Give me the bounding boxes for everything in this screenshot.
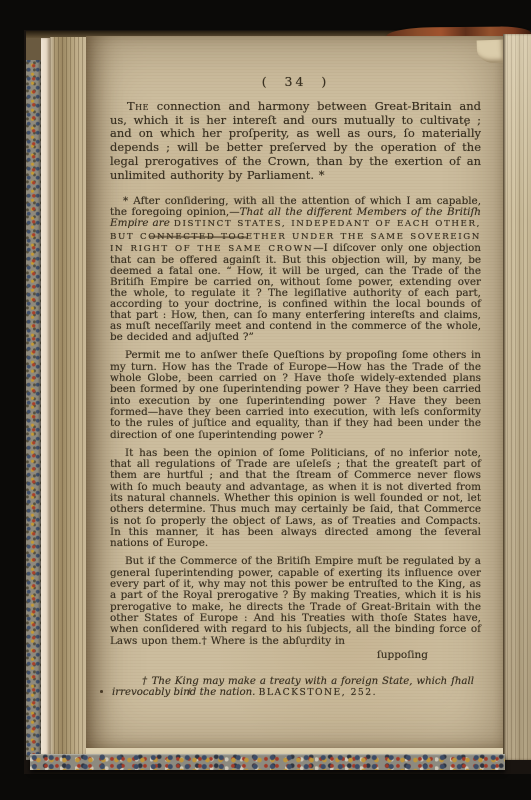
fore-edge-pages	[503, 34, 531, 760]
gutter-shadow	[50, 37, 86, 759]
footnote-dagger: † The King may make a treaty with a fore…	[112, 676, 474, 699]
footnote-star-objection: —I diſcover only one objection that can …	[110, 242, 481, 344]
opening-paragraph-text: connection and harmony between Great-Bri…	[110, 99, 481, 182]
footnote-star-paragraph-1: * After conſidering, with all the attent…	[110, 196, 481, 343]
marbled-cover-edge-bottom	[30, 754, 505, 770]
ink-speck	[305, 645, 307, 647]
footnote-star-paragraph-4: But if the Commerce of the Britiſh Empir…	[110, 556, 481, 646]
cover-board-edge	[26, 38, 41, 60]
opening-lead-word: The	[127, 99, 149, 113]
ink-speck	[465, 124, 467, 126]
footnote-dagger-citation: BLACKSTONE, 252.	[259, 687, 377, 698]
footnote-star-paragraph-2: Permit me to anſwer theſe Queſtions by p…	[110, 350, 481, 440]
marbled-cover-edge-left	[26, 58, 41, 760]
page-number: ( 34 )	[110, 74, 481, 89]
endpaper-edge	[41, 38, 50, 762]
printed-text-block: ( 34 ) The connection and harmony betwee…	[110, 74, 481, 699]
ink-speck	[100, 690, 103, 693]
catchword: ſuppoſing	[110, 649, 481, 661]
opening-paragraph: The connection and harmony between Great…	[110, 100, 481, 182]
footnote-star-paragraph-3: It has been the opinion of ſome Politici…	[110, 448, 481, 550]
book-scan-photo: { "content": { "page_number": "( 34 )", …	[0, 0, 531, 800]
